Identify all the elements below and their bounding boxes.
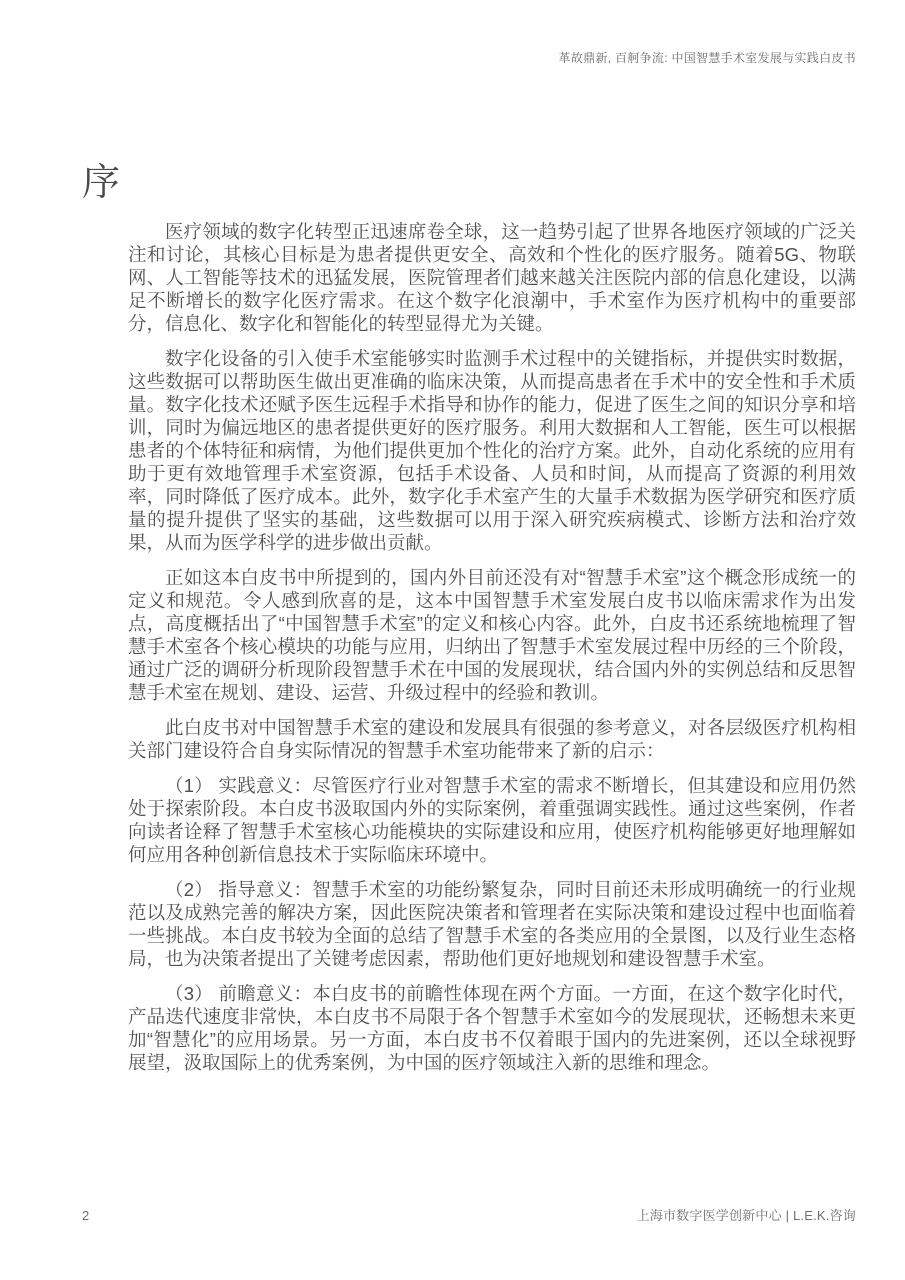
preface-paragraph-forward: （3） 前瞻意义：本白皮书的前瞻性体现在两个方面。一方面，在这个数字化时代，产品… — [128, 982, 856, 1074]
page-number: 2 — [82, 1208, 89, 1224]
running-head: 革故鼎新, 百舸争流: 中国智慧手术室发展与实践白皮书 — [128, 51, 856, 66]
whitepaper-page: 革故鼎新, 百舸争流: 中国智慧手术室发展与实践白皮书 序 医疗领域的数字化转型… — [0, 0, 905, 1280]
preface-paragraph-guiding: （2） 指导意义：智慧手术室的功能纷繁复杂，同时目前还未形成明确统一的行业规范以… — [128, 878, 856, 970]
footer-publisher: 上海市数字医学创新中心 | L.E.K.咨询 — [637, 1208, 856, 1224]
preface-paragraph-3: 正如这本白皮书中所提到的，国内外目前还没有对“智慧手术室”这个概念形成统一的定义… — [128, 566, 856, 704]
preface-paragraph-practical: （1） 实践意义：尽管医疗行业对智慧手术室的需求不断增长，但其建设和应用仍然处于… — [128, 774, 856, 866]
preface-body: 医疗领域的数字化转型正迅速席卷全球，这一趋势引起了世界各地医疗领域的广泛关注和讨… — [128, 220, 856, 1086]
preface-paragraph-2: 数字化设备的引入使手术室能够实时监测手术过程中的关键指标，并提供实时数据，这些数… — [128, 347, 856, 554]
preface-paragraph-4: 此白皮书对中国智慧手术室的建设和发展具有很强的参考意义，对各层级医疗机构相关部门… — [128, 716, 856, 762]
page-title: 序 — [82, 155, 120, 211]
preface-paragraph-1: 医疗领域的数字化转型正迅速席卷全球，这一趋势引起了世界各地医疗领域的广泛关注和讨… — [128, 220, 856, 335]
page-footer: 2 上海市数字医学创新中心 | L.E.K.咨询 — [82, 1208, 856, 1224]
